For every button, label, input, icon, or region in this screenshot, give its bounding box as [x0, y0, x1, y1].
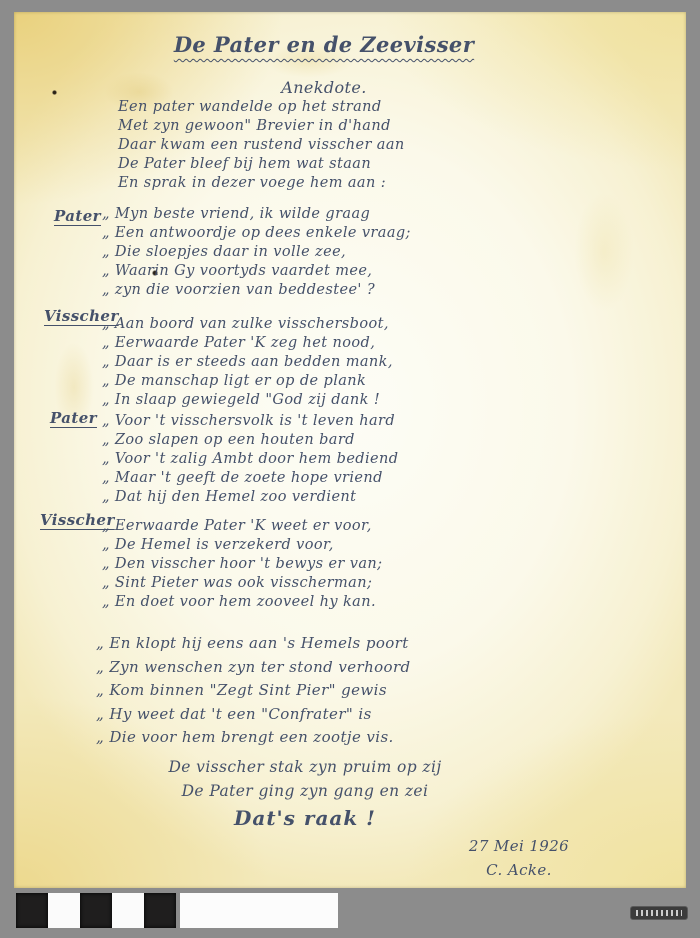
closing-line: De Pater ging zyn gang en zei	[155, 779, 455, 803]
speaker-label-pater: Pater	[50, 409, 97, 427]
poem-line: „ Kom binnen "Zegt Sint Pier" gewis	[96, 679, 411, 703]
date: 27 Mei 1926	[444, 834, 594, 858]
poem-line: „ Waarin Gy voortyds vaardet mee,	[102, 262, 411, 281]
poem-line: Met zyn gewoon" Brevier in d'hand	[118, 117, 405, 136]
poem-line: „ Die voor hem brengt een zootje vis.	[96, 726, 411, 750]
poem-line: „ Voor 't zalig Ambt door hem bediend	[102, 450, 398, 469]
ink-dot-stain	[52, 90, 57, 95]
manuscript-paper: De Pater en de Zeevisser Anekdote. Een p…	[14, 12, 686, 888]
poem-line: „ Daar is er steeds aan bedden mank,	[102, 353, 393, 372]
poem-line: „ Dat hij den Hemel zoo verdient	[102, 488, 398, 507]
signature-block: 27 Mei 1926 C. Acke.	[444, 834, 594, 882]
poem-title: De Pater en de Zeevisser	[144, 32, 504, 57]
poem-line: De Pater bleef bij hem wat staan	[118, 155, 405, 174]
stanza-visscher-2: „ Eerwaarde Pater 'K weet er voor, „ De …	[102, 517, 382, 612]
closing-verse: De visscher stak zyn pruim op zij De Pat…	[155, 755, 455, 833]
poem-line: „ Zoo slapen op een houten bard	[102, 431, 398, 450]
calibration-square-white	[48, 893, 80, 928]
poem-line: Een pater wandelde op het strand	[118, 98, 405, 117]
poem-line: „ Den visscher hoor 't bewys er van;	[102, 555, 382, 574]
poem-line: „ Eerwaarde Pater 'K weet er voor,	[102, 517, 382, 536]
poem-line: „ Voor 't visschersvolk is 't leven hard	[102, 412, 398, 431]
poem-line: „ zyn die voorzien van beddestee' ?	[102, 281, 411, 300]
intro-stanza: Een pater wandelde op het strand Met zyn…	[118, 98, 405, 193]
poem-line: „ Maar 't geeft de zoete hope vriend	[102, 469, 398, 488]
calibration-square-black	[16, 893, 48, 928]
speaker-label-pater: Pater	[54, 207, 101, 225]
stanza-pater-2: „ Voor 't visschersvolk is 't leven hard…	[102, 412, 398, 507]
poem-line: Daar kwam een rustend visscher aan	[118, 136, 405, 155]
poem-subtitle: Anekdote.	[174, 78, 474, 97]
poem-line: „ De Hemel is verzekerd voor,	[102, 536, 382, 555]
poem-line: „ Aan boord van zulke visschersboot,	[102, 315, 393, 334]
signature: C. Acke.	[444, 858, 594, 882]
closing-line: De visscher stak zyn pruim op zij	[155, 755, 455, 779]
calibration-square-black	[80, 893, 112, 928]
stanza-pater-1: „ Myn beste vriend, ik wilde graag „ Een…	[102, 205, 411, 300]
poem-line: „ Die sloepjes daar in volle zee,	[102, 243, 411, 262]
watermark-illegible-text	[636, 910, 682, 916]
poem-line: „ Sint Pieter was ook visscherman;	[102, 574, 382, 593]
calibration-square-white	[112, 893, 144, 928]
watermark-label	[630, 906, 688, 920]
calibration-square-black	[144, 893, 176, 928]
paper-stain	[574, 192, 634, 312]
poem-line: „ Hy weet dat 't een "Confrater" is	[96, 703, 411, 727]
scanned-page: De Pater en de Zeevisser Anekdote. Een p…	[0, 0, 700, 938]
poem-line: „ In slaap gewiegeld "God zij dank !	[102, 391, 393, 410]
closing-exclamation: Dat's raak !	[155, 803, 455, 833]
poem-line: „ Myn beste vriend, ik wilde graag	[102, 205, 411, 224]
poem-line: „ En klopt hij eens aan 's Hemels poort	[96, 632, 411, 656]
poem-line: „ Zyn wenschen zyn ter stond verhoord	[96, 656, 411, 680]
calibration-strip-white	[180, 893, 338, 928]
poem-line: „ Eerwaarde Pater 'K zeg het nood,	[102, 334, 393, 353]
stanza-visscher-1: „ Aan boord van zulke visschersboot, „ E…	[102, 315, 393, 410]
poem-line: „ De manschap ligt er op de plank	[102, 372, 393, 391]
poem-line: „ En doet voor hem zooveel hy kan.	[102, 593, 382, 612]
final-stanza: „ En klopt hij eens aan 's Hemels poort …	[96, 632, 411, 750]
poem-line: „ Een antwoordje op dees enkele vraag;	[102, 224, 411, 243]
poem-line: En sprak in dezer voege hem aan :	[118, 174, 405, 193]
